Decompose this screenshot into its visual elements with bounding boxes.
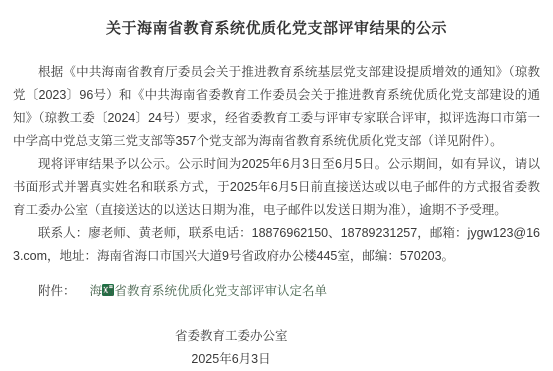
attachment-label: 附件： [38, 284, 76, 298]
paragraph-basis: 根据《中共海南省教育厅委员会关于推进教育系统基层党支部建设提质增效的通知》（琼教… [13, 61, 540, 153]
signature-block: 省委教育工委办公室 2025年6月3日 [175, 325, 287, 371]
attachment-row: 附件：海南省教育系统优质化党支部评审认定名单 [13, 280, 540, 303]
attachment-link[interactable]: 海南省教育系统优质化党支部评审认定名单 [90, 284, 328, 298]
paragraph-publicity: 现将评审结果予以公示。公示时间为2025年6月3日至6月5日。公示期间，如有异议… [13, 153, 540, 222]
paragraph-contact: 联系人：廖老师、黄老师，联系电话：18876962150、18789231257… [13, 222, 540, 268]
signature-date: 2025年6月3日 [175, 348, 287, 371]
page-title: 关于海南省教育系统优质化党支部评审结果的公示 [13, 18, 540, 40]
excel-file-icon [77, 284, 89, 296]
notice-document: 关于海南省教育系统优质化党支部评审结果的公示 根据《中共海南省教育厅委员会关于推… [0, 0, 553, 371]
signature-org: 省委教育工委办公室 [175, 325, 287, 348]
